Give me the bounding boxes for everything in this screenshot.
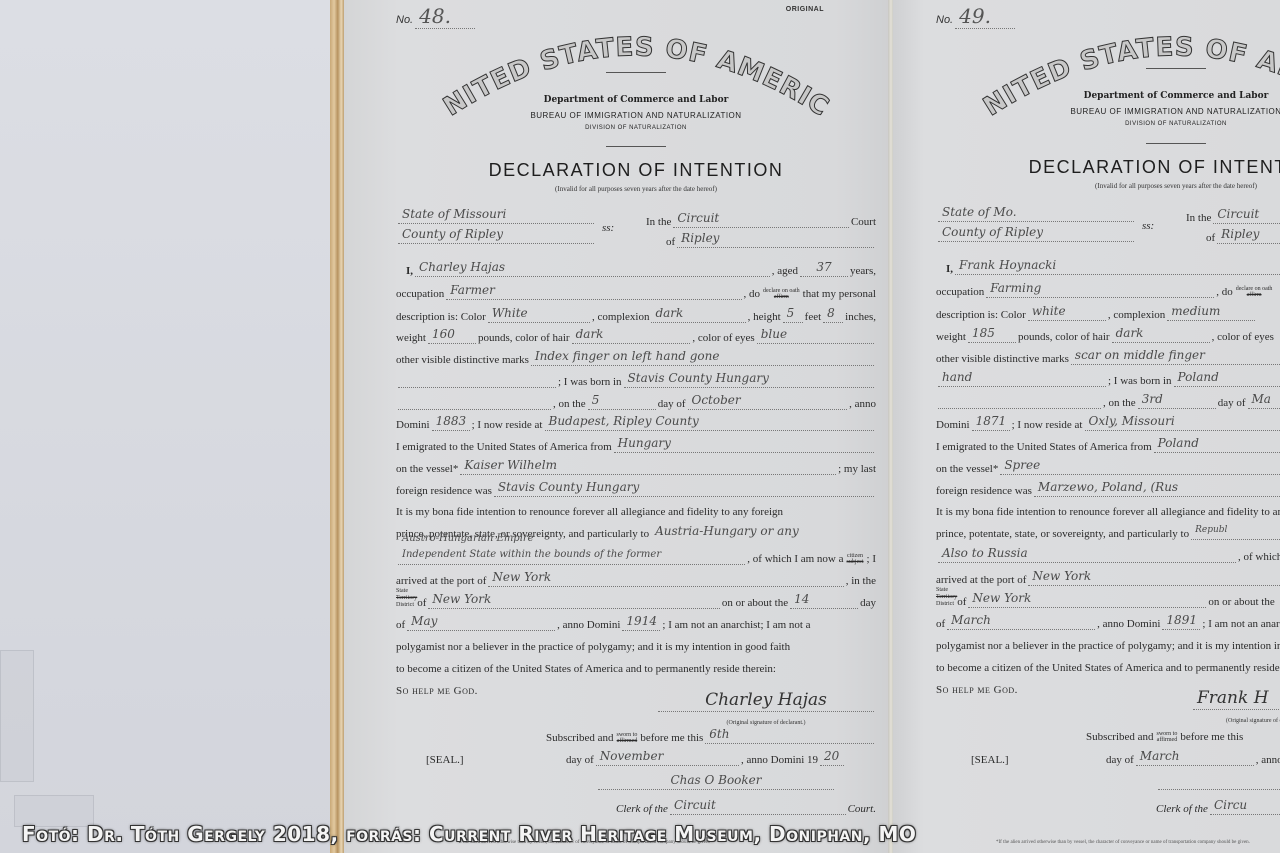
divider <box>606 72 666 73</box>
venue-state: State of Mo. <box>936 204 1136 222</box>
number-value: 49. <box>955 4 1015 29</box>
hair-field: dark <box>1112 326 1210 343</box>
hair-label: pounds, color of hair <box>478 332 570 344</box>
weight-field: 160 <box>428 327 476 344</box>
name-field: Charley Hajas <box>415 260 770 277</box>
my-last-label: ; my last <box>838 463 876 475</box>
arrival-month-field: March <box>947 613 1095 630</box>
arrival-day-field: 14 <box>790 592 858 609</box>
sworn-date-line: day of March , anno Domini 19 <box>1106 748 1280 766</box>
subscribed-label: Subscribed and <box>546 732 614 744</box>
i-label: I, <box>936 263 953 275</box>
eyes-label: , color of eyes <box>1212 331 1274 343</box>
prince-label: prince, potentate, state, or sovereignty… <box>936 528 1189 540</box>
clerk-court-field: Circuit <box>670 798 846 815</box>
port-state-field: New York <box>428 592 719 609</box>
arrival-year-field: 1891 <box>1162 613 1200 630</box>
day-of-label: day of <box>658 398 686 410</box>
state-field: State of Mo. <box>938 205 1134 222</box>
territory-options: StateTerritoryDistrict <box>936 587 957 608</box>
bureau-label: BUREAU OF IMMIGRATION AND NATURALIZATION <box>936 107 1280 116</box>
clerk-of-line: Clerk of the Circuit Court. <box>616 797 876 815</box>
port-field: New York <box>1028 569 1280 586</box>
sworn-year-field: 20 <box>820 749 844 766</box>
citizen-line: Also to Russia , of which I am now a <box>936 545 1280 563</box>
marks-cont-field <box>398 371 556 388</box>
semicolon-i: ; I <box>867 553 876 565</box>
before-me-label: before me this <box>1180 731 1243 743</box>
document-page-49: No.49. UNITED STATES OF AMERICA Departme… <box>893 0 1280 853</box>
born-year-field: 1883 <box>432 414 470 431</box>
name-line: I, Charley Hajas , aged 37 years, <box>396 259 876 277</box>
territory-struck: Territory <box>396 595 417 601</box>
born-in-field: Stavis County Hungary <box>624 371 874 388</box>
of-label: of <box>666 236 675 248</box>
document-number: No.49. <box>936 4 1015 28</box>
occupation-line: occupation Farming , do declare on oatha… <box>936 280 1280 298</box>
division-label: DIVISION OF NATURALIZATION <box>936 121 1280 127</box>
clerk-of-line: Clerk of the Circu <box>1156 797 1280 815</box>
port-line: arrived at the port of New York <box>936 568 1280 586</box>
born-month-field: October <box>688 393 848 410</box>
in-the-label: , in the <box>846 575 876 587</box>
of-label: of <box>936 618 945 630</box>
day-of-label: day of <box>1106 754 1134 766</box>
hair-field: dark <box>572 327 691 344</box>
citizen-line: Independent State within the bounds of t… <box>396 547 876 565</box>
domini-label: Domini <box>396 419 430 431</box>
hair-label: pounds, color of hair <box>1018 331 1110 343</box>
vessel-line: on the vessel* Spree <box>936 457 1280 475</box>
years-label: years, <box>850 265 876 277</box>
blank-field <box>938 392 1101 409</box>
day-of-label: day of <box>566 754 594 766</box>
color-label: description is: Color <box>396 311 486 323</box>
division-label: DIVISION OF NATURALIZATION <box>396 125 876 131</box>
anno-label: , anno <box>849 398 876 410</box>
clerk-signature-line: Chas O B <box>1156 772 1280 790</box>
marks-field: Index finger on left hand gone <box>531 349 874 366</box>
sworn-options: sworn toaffirmed <box>1157 731 1178 743</box>
vessel-label: on the vessel* <box>936 463 998 475</box>
subscribed-line: Subscribed and sworn toaffirmed before m… <box>546 726 876 744</box>
marks-label: other visible distinctive marks <box>396 354 529 366</box>
affirm-struck: affirm <box>774 294 789 300</box>
anno-domini-19-label: , anno Domini 19 <box>741 754 818 766</box>
foreign-res-field: Stavis County Hungary <box>494 480 874 497</box>
weight-label: weight <box>936 331 966 343</box>
affirm-struck: affirm <box>1247 292 1262 298</box>
weight-line: weight 185 pounds, color of hair dark , … <box>936 325 1280 343</box>
divider <box>1146 68 1206 69</box>
domini-label: Domini <box>936 419 970 431</box>
height-feet-field: 5 <box>783 306 803 323</box>
clerk-signature: Chas O Booker <box>598 773 834 790</box>
territory-struck: Territory <box>936 594 957 600</box>
original-label: ORIGINAL <box>786 6 824 13</box>
of-which-label: , of which I am now a <box>747 553 843 565</box>
anarchist-label: ; I am not an anarchist; I am not a <box>1202 618 1280 630</box>
aged-label: , aged <box>772 265 798 277</box>
header-arc: UNITED STATES OF AMERICA <box>976 28 1280 118</box>
state-field: State of Missouri <box>398 207 594 224</box>
color-label: description is: Color <box>936 309 1026 321</box>
court-of-line: of Ripley <box>666 230 876 248</box>
court-label: Court <box>851 216 876 228</box>
on-or-about-label: on or about the <box>1208 596 1274 608</box>
birth-date-line: , on the 3rd day of Ma <box>936 391 1280 409</box>
vessel-field: Spree <box>1000 458 1280 475</box>
document-title: DECLARATION OF INTENTION <box>396 160 876 181</box>
anno-domini-label: , anno Domini <box>557 619 620 631</box>
court-of-field: Ripley <box>1217 227 1280 244</box>
marks-line: other visible distinctive marks scar on … <box>936 347 1280 365</box>
marks-cont-field: hand <box>938 370 1106 387</box>
born-in-label: ; I was born in <box>558 376 622 388</box>
oath-options: declare on oathaffirm <box>1236 286 1273 298</box>
book-edge <box>330 0 344 853</box>
subject-struck: subject <box>847 559 864 565</box>
on-the-label: , on the <box>1103 397 1136 409</box>
name-line: I, Frank Hoynacki <box>936 257 1280 275</box>
signature-caption: (Original signature of declarant.) <box>656 708 876 726</box>
venue-county: County of Ripley <box>396 226 596 244</box>
svg-text:UNITED STATES OF AMERICA: UNITED STATES OF AMERICA <box>976 28 1280 118</box>
on-the-label: , on the <box>553 398 586 410</box>
name-field: Frank Hoynacki <box>955 258 1280 275</box>
birth-date-line: , on the 5 day of October , anno <box>396 392 876 410</box>
venue-county: County of Ripley <box>936 224 1136 242</box>
subscribed-line: Subscribed and sworn toaffirmed before m… <box>1086 725 1280 743</box>
renounce-text: It is my bona fide intention to renounce… <box>936 500 1280 518</box>
foreign-residence-line: foreign residence was Marzewo, Poland, (… <box>936 479 1280 497</box>
inches-label: inches, <box>845 311 876 323</box>
i-label: I, <box>396 265 413 277</box>
marks-label: other visible distinctive marks <box>936 353 1069 365</box>
of-which-label: , of which I am now a <box>1238 551 1280 563</box>
port-state-field: New York <box>968 591 1206 608</box>
court-type-field: Circuit <box>673 211 849 228</box>
reside-label: ; I now reside at <box>472 419 543 431</box>
territory-line: StateTerritoryDistrict of New York on or… <box>936 590 1280 608</box>
no-label: No. <box>936 14 953 26</box>
anno-domini-label: , anno Domini <box>1097 618 1160 630</box>
become-citizen-text: to become a citizen of the United States… <box>396 657 876 675</box>
allegiance-insert: Austro-Hungarian Empire <box>396 534 876 548</box>
eyes-label: , color of eyes <box>692 332 754 344</box>
no-label: No. <box>396 14 413 26</box>
complexion-label: , complexion <box>592 311 649 323</box>
born-day-field: 3rd <box>1138 392 1216 409</box>
occupation-field: Farmer <box>446 283 741 300</box>
complexion-field: dark <box>651 306 745 323</box>
prince-line: prince, potentate, state, or sovereignty… <box>936 522 1280 540</box>
weight-field: 185 <box>968 326 1016 343</box>
district-option: District <box>936 601 954 607</box>
eyes-field: blue <box>757 327 874 344</box>
clerk-court-field: Circu <box>1210 798 1280 815</box>
foreign-res-label: foreign residence was <box>936 485 1032 497</box>
allegiance-cont-1: Also to Russia <box>938 546 1236 563</box>
anarchist-label: ; I am not an anarchist; I am not a <box>662 619 810 631</box>
clerk-signature: Chas O B <box>1158 773 1280 790</box>
signature-caption: (Original signature of declarant.) <box>1226 706 1280 724</box>
territory-options: StateTerritoryDistrict <box>396 588 417 609</box>
description-line: description is: Color White , complexion… <box>396 305 876 323</box>
emigrated-label: I emigrated to the United States of Amer… <box>396 441 612 453</box>
occupation-label: occupation <box>936 286 984 298</box>
polygamist-text: polygamist nor a believer in the practic… <box>396 635 876 653</box>
description-line: description is: Color white , complexion… <box>936 303 1280 321</box>
color-field: White <box>488 306 590 323</box>
oath-options: declare on oathaffirm <box>763 288 800 300</box>
personal-label: that my personal <box>803 288 876 300</box>
vessel-field: Kaiser Wilhelm <box>460 458 836 475</box>
territory-line: StateTerritoryDistrict of New York on or… <box>396 591 876 609</box>
before-me-label: before me this <box>640 732 703 744</box>
document-title: DECLARATION OF INTENTION <box>936 157 1280 178</box>
county-field: County of Ripley <box>938 225 1134 242</box>
allegiance-cont-1: Austro-Hungarian Empire <box>398 532 874 548</box>
complexion-field: medium <box>1167 304 1255 321</box>
ss-label: ss: <box>1142 214 1172 232</box>
renounce-text: It is my bona fide intention to renounce… <box>396 500 876 518</box>
arrived-label: arrived at the port of <box>936 574 1026 586</box>
divider <box>1146 143 1206 144</box>
clerk-of-label: Clerk of the <box>1156 803 1208 815</box>
court-end-label: Court. <box>848 803 876 815</box>
arrival-year-line: of May , anno Domini 1914 ; I am not an … <box>396 613 876 631</box>
emigrated-from-field: Hungary <box>614 436 874 453</box>
subscribed-label: Subscribed and <box>1086 731 1154 743</box>
sworn-month-field: March <box>1136 749 1254 766</box>
arrival-month-field: May <box>407 614 555 631</box>
state-option: State <box>396 588 408 594</box>
polygamist-text: polygamist nor a believer in the practic… <box>936 634 1280 652</box>
photo-credit-watermark: Fotó: Dr. Tóth Gergely 2018, forrás: Cur… <box>22 822 916 846</box>
color-field: white <box>1028 304 1106 321</box>
born-in-label: ; I was born in <box>1108 375 1172 387</box>
become-citizen-text: to become a citizen of the United States… <box>936 656 1280 674</box>
in-the-label: In the <box>1186 212 1211 224</box>
clerk-of-label: Clerk of the <box>616 803 668 815</box>
state-option: State <box>936 587 948 593</box>
reside-label: ; I now reside at <box>1012 419 1083 431</box>
reside-field: Oxly, Missouri <box>1085 414 1280 431</box>
day-label: day <box>860 597 876 609</box>
reside-field: Budapest, Ripley County <box>545 414 875 431</box>
born-month-field: Ma <box>1248 392 1280 409</box>
emigrated-from-field: Poland <box>1154 436 1280 453</box>
bureau-label: BUREAU OF IMMIGRATION AND NATURALIZATION <box>396 111 876 120</box>
born-year-field: 1871 <box>972 414 1010 431</box>
seal-label: [SEAL.] <box>426 748 486 766</box>
department-label: Department of Commerce and Labor <box>396 95 876 105</box>
ss-label: ss: <box>602 216 632 234</box>
tape-strip <box>0 650 34 782</box>
number-value: 48. <box>415 4 475 29</box>
vessel-label: on the vessel* <box>396 463 458 475</box>
day-of-label: day of <box>1218 397 1246 409</box>
seal-label: [SEAL.] <box>971 748 1031 766</box>
arrived-label: arrived at the port of <box>396 575 486 587</box>
sworn-month-field: November <box>596 749 739 766</box>
affirmed-option: affirmed <box>1157 737 1178 743</box>
foreign-residence-line: foreign residence was Stavis County Hung… <box>396 479 876 497</box>
court-of-line: of Ripley <box>1206 226 1280 244</box>
feet-label: feet <box>805 311 821 323</box>
citizen-options: citizensubject <box>847 553 864 565</box>
occupation-label: occupation <box>396 288 444 300</box>
venue-state: State of Missouri <box>396 206 596 224</box>
court-of-field: Ripley <box>677 231 874 248</box>
divider <box>606 146 666 147</box>
allegiance-field: Republ <box>1191 523 1280 540</box>
marks-line: other visible distinctive marks Index fi… <box>396 348 876 366</box>
reside-line: Domini 1871 ; I now reside at Oxly, Miss… <box>936 413 1280 431</box>
emigrated-label: I emigrated to the United States of Amer… <box>936 441 1152 453</box>
department-label: Department of Commerce and Labor <box>936 91 1280 101</box>
court-type-field: Circuit <box>1213 207 1280 224</box>
weight-line: weight 160 pounds, color of hair dark , … <box>396 326 876 344</box>
sworn-options: sworn toaffirmed <box>617 732 638 744</box>
height-label: , height <box>748 311 781 323</box>
complexion-label: , complexion <box>1108 309 1165 321</box>
sworn-day-field: 6th <box>705 727 874 744</box>
occupation-line: occupation Farmer , do declare on oathaf… <box>396 282 876 300</box>
born-in-field: Poland <box>1174 370 1280 387</box>
weight-label: weight <box>396 332 426 344</box>
of-label: of <box>1206 232 1215 244</box>
emigrated-line: I emigrated to the United States of Amer… <box>936 435 1280 453</box>
on-or-about-label: on or about the <box>722 597 788 609</box>
age-field: 37 <box>800 260 848 277</box>
document-number: No.48. <box>396 4 475 28</box>
in-the-label: In the <box>646 216 671 228</box>
born-in-line: ; I was born in Stavis County Hungary <box>396 370 876 388</box>
occupation-field: Farming <box>986 281 1214 298</box>
footnote: *If the alien arrived otherwise than by … <box>996 840 1250 845</box>
of-label: of <box>957 596 966 608</box>
affirmed-struck: affirmed <box>617 738 638 744</box>
foreign-res-field: Marzewo, Poland, (Rus <box>1034 480 1280 497</box>
do-label: , do <box>1216 286 1233 298</box>
born-day-field: 5 <box>588 393 656 410</box>
height-inches-field: 8 <box>823 306 843 323</box>
county-field: County of Ripley <box>398 227 594 244</box>
marks-field: scar on middle finger <box>1071 348 1280 365</box>
of-label: of <box>396 619 405 631</box>
sworn-date-line: day of November , anno Domini 19 20 <box>566 748 846 766</box>
court-line: In the Circuit <box>1186 206 1280 224</box>
allegiance-cont-2: Independent State within the bounds of t… <box>398 548 745 565</box>
arrival-year-line: of March , anno Domini 1891 ; I am not a… <box>936 612 1280 630</box>
clerk-signature-line: Chas O Booker <box>596 772 836 790</box>
port-line: arrived at the port of New York , in the <box>396 569 876 587</box>
foreign-res-label: foreign residence was <box>396 485 492 497</box>
born-in-line: hand ; I was born in Poland <box>936 369 1280 387</box>
arrival-year-field: 1914 <box>622 614 660 631</box>
anno-domini-19-label: , anno Domini 19 <box>1256 754 1280 766</box>
document-subtitle: (Invalid for all purposes seven years af… <box>936 182 1280 190</box>
of-label: of <box>417 597 426 609</box>
document-subtitle: (Invalid for all purposes seven years af… <box>396 185 876 193</box>
backdrop-wall <box>0 0 332 853</box>
document-page-48: No.48. ORIGINAL UNITED STATES OF AMERICA… <box>344 0 890 853</box>
reside-line: Domini 1883 ; I now reside at Budapest, … <box>396 413 876 431</box>
emigrated-line: I emigrated to the United States of Amer… <box>396 435 876 453</box>
port-field: New York <box>488 570 843 587</box>
district-option: District <box>396 602 414 608</box>
blank-field <box>398 393 551 410</box>
do-label: , do <box>744 288 761 300</box>
vessel-line: on the vessel* Kaiser Wilhelm ; my last <box>396 457 876 475</box>
court-line: In the Circuit Court <box>646 210 876 228</box>
